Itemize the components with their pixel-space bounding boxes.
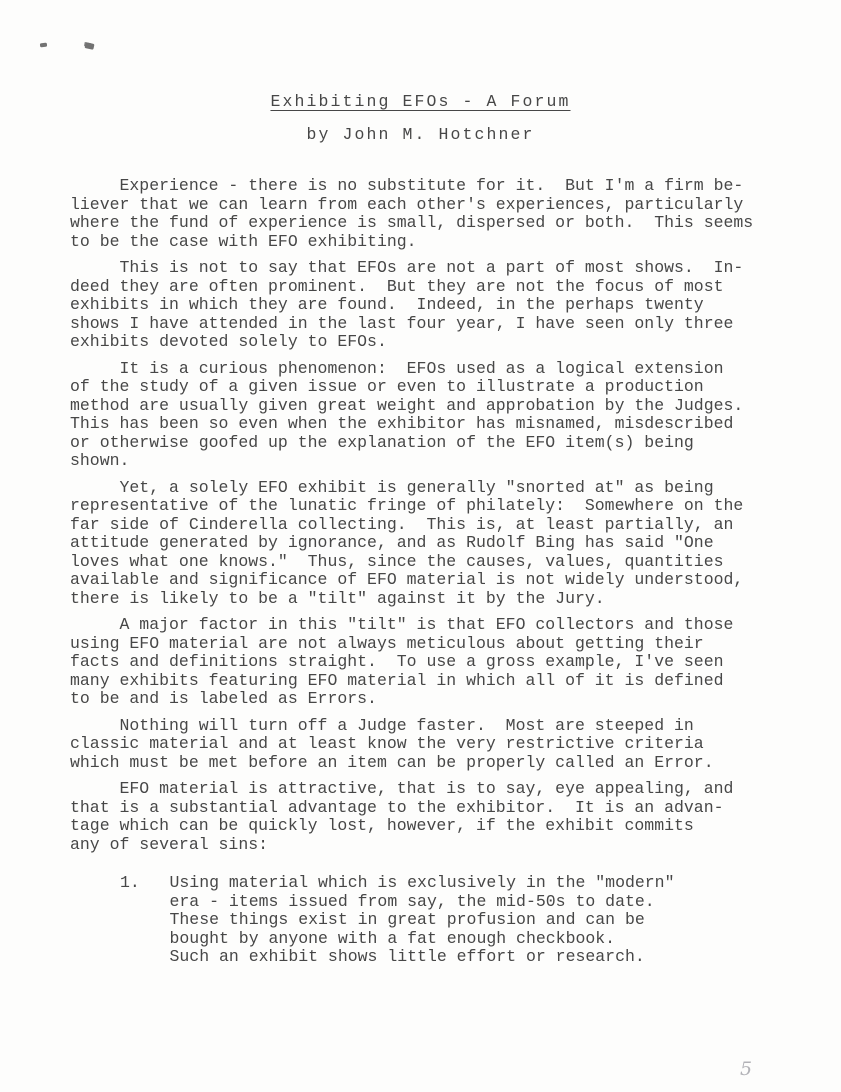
- paragraph: A major factor in this "tilt" is that EF…: [70, 616, 801, 709]
- paragraph: Experience - there is no substitute for …: [70, 177, 801, 251]
- paragraph: It is a curious phenomenon: EFOs used as…: [70, 360, 801, 471]
- paragraph: Yet, a solely EFO exhibit is generally "…: [70, 479, 801, 609]
- page-number: 5: [740, 1060, 752, 1079]
- paragraph: EFO material is attractive, that is to s…: [70, 780, 801, 854]
- document-page: Exhibiting EFOs - A Forum by John M. Hot…: [0, 0, 841, 1092]
- list-item: 1. Using material which is exclusively i…: [70, 874, 801, 967]
- document-body: Experience - there is no substitute for …: [70, 177, 801, 967]
- paragraph: This is not to say that EFOs are not a p…: [70, 259, 801, 352]
- document-byline: by John M. Hotchner: [0, 126, 841, 145]
- list-item-text: Using material which is exclusively in t…: [170, 874, 675, 967]
- list-item-number: 1.: [120, 874, 170, 967]
- scan-artifact-mark: [40, 43, 47, 48]
- document-title: Exhibiting EFOs - A Forum: [0, 0, 841, 112]
- document-title-text: Exhibiting EFOs - A Forum: [270, 92, 570, 111]
- paragraph: Nothing will turn off a Judge faster. Mo…: [70, 717, 801, 773]
